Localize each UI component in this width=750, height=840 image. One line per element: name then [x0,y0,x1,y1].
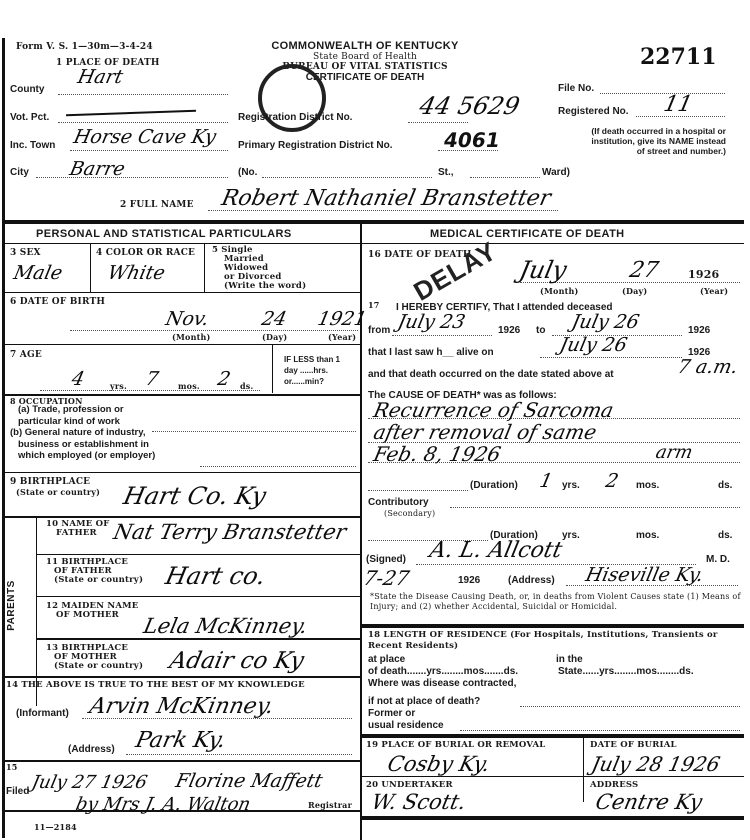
mos-label: mos. [178,381,200,391]
from-label: from [368,325,390,336]
mother-name-label: 12 MAIDEN NAME OF MOTHER [46,602,138,620]
city-number-label: (No. [238,167,257,178]
note-line: day ......hrs. [284,365,340,376]
burial-date-value: July 28 1926 [589,752,722,776]
age-months: 7 [144,368,161,390]
city-number-line [262,177,432,178]
occupation-a-line: (a) Trade, profession or [10,404,155,416]
rule [362,243,744,244]
state-fields: State......yrs........mos........ds. [558,666,694,677]
from-line [392,335,492,336]
rule [4,243,360,244]
parents-label: PARENTS [6,580,17,631]
duration-yrs-label: yrs. [562,480,580,491]
dob-year: 1921 [316,308,369,330]
informant-address-value: Park Ky. [133,728,228,753]
cause-of-death-line: arm [654,442,695,463]
rule [4,760,360,762]
father-birthplace-label: 11 BIRTHPLACE OF FATHER (State or countr… [46,558,143,585]
sex-label: 3 SEX [10,248,41,258]
father-name-label: 10 NAME OF FATHER [46,520,109,538]
rule [362,816,744,820]
section-divider-top [4,220,744,224]
file-no-label: File No. [558,83,594,94]
informant-address-line [126,754,352,755]
city-label: City [10,167,29,178]
vot-pct-line [58,122,228,123]
cause-of-death-line: Feb. 8, 1926 [371,442,503,466]
from-year: 1926 [498,325,520,336]
to-date: July 26 [570,311,642,333]
contributory-ds-label: ds. [718,530,732,541]
duration-months: 2 [604,470,621,492]
rule [4,676,360,678]
last-saw-date: July 26 [558,334,630,356]
md-label: M. D. [706,554,730,565]
signed-date: 7-27 [361,566,411,590]
year-caption: (Year) [328,332,356,342]
death-year: 1926 [688,268,719,281]
cause-of-death-line: after removal of same [371,420,598,444]
occupation-b-line: (b) General nature of industry, [10,427,155,439]
contributory-mos-label: mos. [636,530,659,541]
mother-birthplace-value: Adair co Ky [167,648,306,674]
full-name-value: Robert Nathaniel Branstetter [219,186,553,211]
contributory-yrs-label: yrs. [562,530,580,541]
county-line [58,94,228,95]
full-name-label: 2 FULL NAME [120,200,194,210]
rule [4,344,360,345]
undertaker-value: W. Scott. [369,790,468,814]
at-place-label: at place [368,654,405,665]
rule [362,734,744,738]
death-month-caption: (Month) [540,286,579,296]
rule [90,244,91,292]
rule [4,810,360,812]
vot-pct-strikeout [66,110,196,117]
vot-pct-label: Vot. Pct. [10,112,49,123]
county-value: Hart [76,66,125,88]
delay-stamp: DELAY [408,235,502,307]
rule [4,472,360,473]
age-years: 4 [70,368,87,390]
registration-district-line [408,122,468,123]
rule [36,554,360,555]
occupation-a-line [152,431,356,432]
mother-birthplace-label: 13 BIRTHPLACE OF MOTHER (State or countr… [46,644,143,671]
yrs-label: yrs. [110,381,127,391]
duration-years: 1 [538,470,555,492]
if-not-at-place-label: if not at place of death? [368,696,480,707]
physician-signature: A. L. Allcott [427,538,564,563]
of-death-fields: of death.......yrs........mos.......ds. [368,666,518,677]
burial-date-label: DATE OF BURIAL [590,740,677,750]
rule [4,292,360,293]
dob-line [70,330,358,331]
death-day-caption: (Day) [622,286,647,296]
registration-district-label: Registration District No. [238,112,352,123]
registrar-signature: Florine Maffett [174,770,325,792]
marital-status-label: 5 Single Married Widowed or Divorced (Wr… [212,246,306,291]
death-year-caption: (Year) [700,286,728,296]
undertaker-address-label: ADDRESS [590,780,638,790]
death-month: July [517,256,569,284]
street-label: St., [438,167,454,178]
ward-label: Ward) [542,167,570,178]
rule [362,624,744,628]
informant-value: Arvin McKinney. [87,694,276,719]
contributory-label: Contributory [368,497,429,508]
former-label: Former or [368,708,415,719]
form-number: Form V. S. 1—30m—3-4-24 [16,42,153,52]
physician-address-label: (Address) [508,575,555,586]
to-label: to [536,325,545,336]
county-label: County [10,84,44,95]
less-than-day-note: IF LESS than 1 day ......hrs. or......mi… [284,354,340,387]
filed-date: July 27 1926 [30,772,149,793]
contributory-line [450,507,740,508]
inc-town-line [70,150,228,151]
mother-name-value: Lela McKinney. [141,614,309,638]
race-label: 4 COLOR OR RACE [96,248,195,258]
footer-code: 11—2184 [34,822,77,832]
month-caption: (Month) [172,332,211,342]
duration-mos-label: mos. [636,480,659,491]
medical-header: MEDICAL CERTIFICATE OF DEATH [430,228,625,240]
age-days: 2 [216,368,233,390]
occupation-b-line [200,466,356,467]
signed-year: 1926 [458,575,480,586]
file-no-line [600,93,725,94]
age-line [40,390,260,391]
burial-place-label: 19 PLACE OF BURIAL OR REMOVAL [366,740,545,750]
rule [204,244,205,292]
street-line [470,177,540,178]
undertaker-label: 20 UNDERTAKER [366,780,453,790]
undertaker-address-value: Centre Ky [593,790,704,814]
age-label: 7 AGE [10,350,42,360]
rule [36,638,360,640]
registered-no-label: Registered No. [558,106,629,117]
certify-number: 17 [368,300,380,310]
city-line [36,177,228,178]
last-saw-line [540,357,682,358]
label-line: (State or country) [46,662,143,671]
to-year: 1926 [688,325,710,336]
rule [36,596,360,597]
last-saw-text: that I last saw h__ alive on [368,347,494,358]
duration-label: (Duration) [470,480,518,491]
dob-day: 24 [260,308,289,330]
father-birthplace-value: Hart co. [163,562,268,590]
registrar-label: Registrar [308,800,352,810]
occupation-fields: (a) Trade, profession or particular kind… [10,404,155,462]
race-value: White [106,262,167,284]
occupation-a-line: particular kind of work [10,416,155,428]
rule [4,516,360,518]
note-line: or......min? [284,376,340,387]
father-name-value: Nat Terry Branstetter [111,520,348,544]
label-line: (State or country) [46,576,143,585]
registration-district-value: 44 5629 [417,92,522,120]
where-contracted-label: Where was disease contracted, [368,678,516,689]
occupation-b-line: which employed (or employer) [10,450,155,462]
label-line: FATHER [46,529,109,538]
rule [362,776,744,777]
board-name: State Board of Health [250,52,480,62]
dob-label: 6 DATE OF BIRTH [10,297,105,307]
label-line: OF MOTHER [46,611,138,620]
residence-label: 18 LENGTH OF RESIDENCE (For Hospitals, I… [368,630,740,652]
informant-label: (Informant) [16,708,69,719]
if-not-at-place-line [520,706,740,707]
death-occurred-text: and that death occurred on the date stat… [368,369,614,380]
death-time: 7 a.m. [676,356,740,378]
cause-of-death-line: Recurrence of Sarcoma [371,398,615,422]
contributory-sub: (Secondary) [384,509,435,518]
birthplace-value: Hart Co. Ky [121,482,269,510]
signed-label: (Signed) [366,554,406,565]
inc-town-label: Inc. Town [10,140,55,151]
personal-header: PERSONAL AND STATISTICAL PARTICULARS [36,228,292,240]
filed-label: Filed [6,786,29,797]
birthplace-sub: (State or country) [16,487,100,497]
rule [272,345,273,393]
city-value: Barre [68,158,127,180]
stamped-number: 22711 [640,44,717,70]
inc-town-value: Horse Cave Ky [72,126,218,148]
informant-address-label: (Address) [68,744,115,755]
occupation-b-line: business or establishment in [10,439,155,451]
registered-no-value: 11 [661,92,694,117]
ds-label: ds. [240,381,253,391]
sex-value: Male [12,262,65,284]
primary-registration-label: Primary Registration District No. [238,140,392,151]
filed-number: 15 [6,762,18,772]
left-border [2,38,5,838]
informant-header: 14 THE ABOVE IS TRUE TO THE BEST OF MY K… [6,680,305,690]
burial-place-value: Cosby Ky. [385,752,492,776]
day-caption: (Day) [262,332,287,342]
hospital-note: (If death occurred in a hospital or inst… [590,126,726,156]
death-day: 27 [627,258,660,283]
duration-ds-label: ds. [718,480,732,491]
cause-footnote: *State the Disease Causing Death, or, in… [370,592,742,612]
birthplace-label: 9 BIRTHPLACE [10,477,90,487]
in-the-label: in the [556,654,583,665]
from-date: July 23 [396,311,468,333]
usual-residence-line [460,730,740,731]
duration-line [368,490,468,491]
rule [583,736,584,802]
commonwealth-title: COMMONWEALTH OF KENTUCKY [250,40,480,52]
dob-month: Nov. [164,308,211,330]
usual-residence-label: usual residence [368,720,444,731]
marital-line: (Write the word) [212,282,306,291]
physician-address-value: Hiseville Ky. [584,564,706,586]
note-line: IF LESS than 1 [284,354,340,365]
primary-registration-value: 4061 [442,128,502,152]
